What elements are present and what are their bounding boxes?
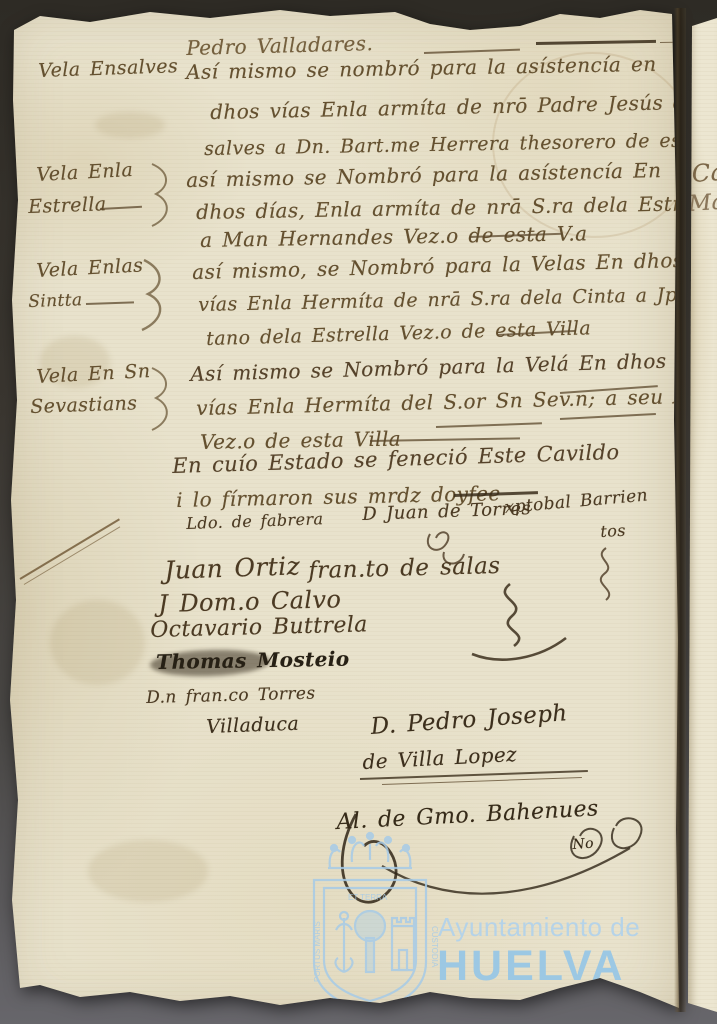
signature: Thomas Mosteio xyxy=(156,649,350,672)
watermark-huelva-logo: HUELVA xyxy=(437,942,625,991)
margin-note: Estrella xyxy=(28,195,107,217)
signature-rubric xyxy=(588,546,624,604)
flourish-line xyxy=(424,49,520,54)
signature-rubric xyxy=(462,580,572,666)
signature: J Dom.o Calvo xyxy=(158,587,342,616)
scanned-manuscript-photo: Pedro Valladares. Vela Ensalves Vela Enl… xyxy=(0,0,717,1024)
huelva-coat-of-arms: PORTUS MARIS ET TERRA CUSTODIA xyxy=(300,822,440,1017)
signature: fran.to de salas xyxy=(308,555,501,583)
signature: Villaduca xyxy=(206,715,300,737)
margin-note: Sevastians xyxy=(30,394,138,417)
pen-stroke xyxy=(19,518,119,579)
pen-stroke xyxy=(24,526,121,585)
margin-note: Vela Enla xyxy=(36,161,134,185)
page-title: Pedro Valladares. xyxy=(186,33,373,58)
signature: de Villa Lopez xyxy=(362,744,518,772)
watermark-org-name: Ayuntamiento de xyxy=(438,912,640,943)
brace-flourish xyxy=(146,366,172,432)
margin-note: Vela Enlas xyxy=(36,256,144,281)
signature-underline xyxy=(382,777,582,785)
ink-bleed-mark xyxy=(95,112,165,138)
flourish-line xyxy=(86,301,134,305)
ink-bleed-mark xyxy=(88,840,208,902)
body-line: Así mismo se Nombró para la Velá En dhos xyxy=(190,351,667,384)
manuscript-page: Pedro Valladares. Vela Ensalves Vela Enl… xyxy=(0,0,683,1024)
flourish-line xyxy=(436,422,542,428)
brace-flourish xyxy=(146,162,172,228)
shield-motto-top: ET TERRA xyxy=(348,893,388,902)
margin-note: Sintta xyxy=(28,292,83,311)
adjacent-page-text-fragment: Ma xyxy=(688,191,717,215)
signature: Juan Ortiz xyxy=(164,553,301,583)
flourish-line xyxy=(560,413,656,420)
signature: tos xyxy=(600,523,626,540)
paper-shadow-wrap: Pedro Valladares. Vela Ensalves Vela Enl… xyxy=(0,0,717,1024)
signature: Octavario Buttrela xyxy=(150,614,368,642)
flourish-line xyxy=(536,40,656,45)
body-line: vías Enla Hermíta de nrā S.ra dela Cinta… xyxy=(198,285,717,315)
ink-bleed-mark xyxy=(50,600,145,685)
body-line: así mismo, se Nombró para la Velas En dh… xyxy=(192,250,684,282)
shield-motto-left: PORTUS MARIS xyxy=(313,921,322,982)
brace-flourish xyxy=(136,258,166,332)
body-line: a Man Hernandes Vez.o de esta V.a xyxy=(200,223,588,250)
signature: D. Pedro Joseph xyxy=(370,702,568,739)
signature: Ldo. de fabrera xyxy=(186,511,324,532)
margin-note: Vela Ensalves xyxy=(38,57,178,81)
page-fold-shadow xyxy=(674,8,686,1012)
margin-note: Vela En Sn xyxy=(36,362,151,387)
signature: D.n fran.co Torres xyxy=(146,686,316,707)
adjacent-page-text-fragment: Ca xyxy=(691,160,717,186)
